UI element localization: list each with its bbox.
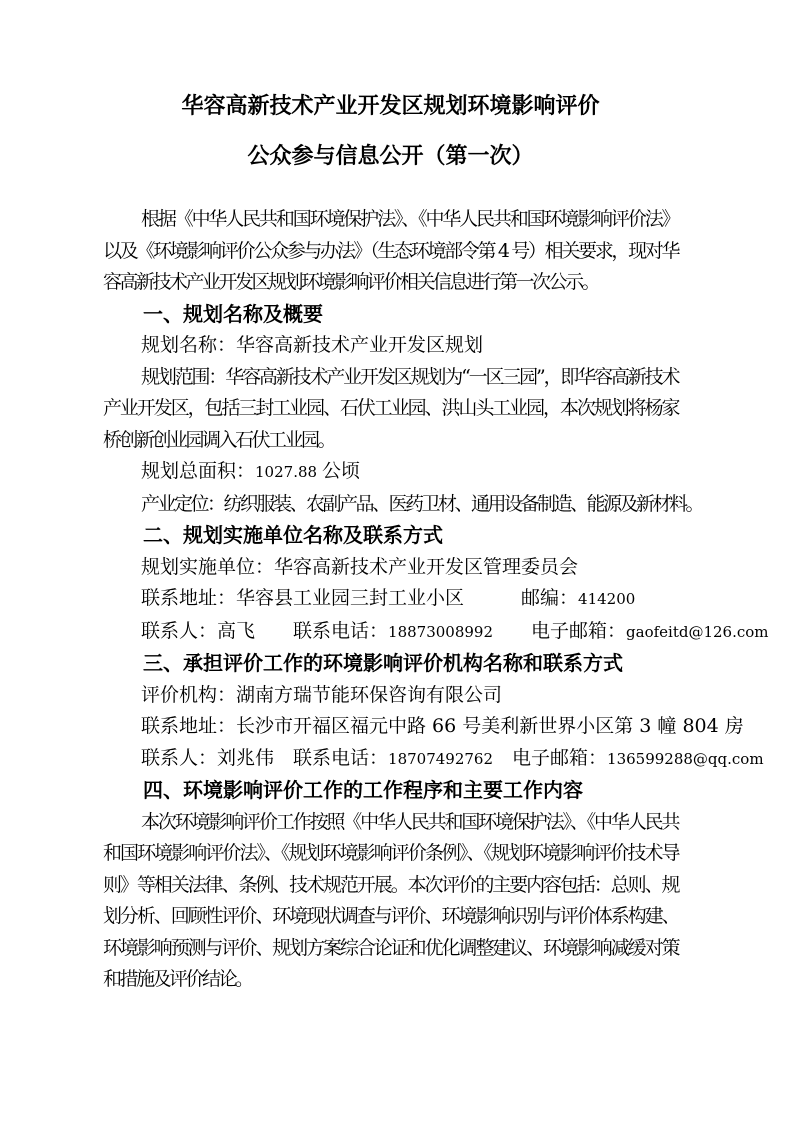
unit-address-line: 联系地址：华容县工业园三封工业小区邮编：414200	[103, 583, 678, 616]
total-area-unit: 公顷	[317, 460, 360, 482]
section-4-heading: 四、环境影响评价工作的工作程序和主要工作内容	[103, 775, 678, 807]
unit-address: 联系地址：华容县工业园三封工业小区	[141, 587, 464, 609]
unit-email-label: 电子邮箱：	[493, 620, 626, 642]
total-area-line: 规划总面积：1027.88公顷	[103, 456, 678, 489]
section-1-heading: 一、规划名称及概要	[103, 299, 678, 331]
agency-contact-person: 联系人：刘兆伟	[141, 747, 274, 769]
total-area-value: 1027.88	[255, 463, 317, 481]
unit-phone-value: 18873008992	[388, 623, 493, 641]
agency-address-line: 联系地址：长沙市开福区福元中路 66 号美利新世界小区第 3 幢 804 房	[103, 711, 678, 743]
unit-contact-person: 联系人：高飞	[141, 620, 255, 642]
document-title-line-1: 华容高新技术产业开发区规划环境影响评价	[103, 81, 678, 131]
agency-email-value: 136599288@qq.com	[607, 750, 764, 768]
unit-email-value: gaofeitd@126.com	[626, 623, 769, 641]
zip-value: 414200	[578, 590, 635, 608]
unit-phone-label: 联系电话：	[255, 620, 388, 642]
unit-contact-line: 联系人：高飞联系电话：18873008992电子邮箱：gaofeitd@126.…	[103, 616, 678, 649]
plan-scope-paragraph: 规划范围：华容高新技术产业开发区规划为“一区三园”，即华容高新技术产业开发区，包…	[103, 362, 678, 457]
implementing-unit-line: 规划实施单位：华容高新技术产业开发区管理委员会	[103, 552, 678, 584]
procedure-paragraph: 本次环境影响评价工作按照《中华人民共和国环境保护法》、《中华人民共和国环境影响评…	[103, 807, 678, 996]
section-3-heading: 三、承担评价工作的环境影响评价机构名称和联系方式	[103, 648, 678, 680]
plan-name-line: 规划名称：华容高新技术产业开发区规划	[103, 330, 678, 362]
section-2-heading: 二、规划实施单位名称及联系方式	[103, 520, 678, 552]
agency-phone-value: 18707492762	[388, 750, 493, 768]
agency-name-line: 评价机构：湖南方瑞节能环保咨询有限公司	[103, 680, 678, 712]
agency-contact-line: 联系人：刘兆伟联系电话：18707492762电子邮箱：136599288@qq…	[103, 743, 678, 776]
intro-paragraph: 根据《中华人民共和国环境保护法》、《中华人民共和国环境影响评价法》以及《环境影响…	[103, 204, 678, 299]
zip-label: 邮编：	[464, 587, 578, 609]
agency-email-label: 电子邮箱：	[493, 747, 607, 769]
document-body: 根据《中华人民共和国环境保护法》、《中华人民共和国环境影响评价法》以及《环境影响…	[103, 204, 678, 996]
document-page: 华容高新技术产业开发区规划环境影响评价 公众参与信息公开（第一次） 根据《中华人…	[0, 0, 793, 1122]
document-title: 华容高新技术产业开发区规划环境影响评价 公众参与信息公开（第一次）	[103, 81, 678, 181]
total-area-label: 规划总面积：	[141, 460, 255, 482]
document-title-line-2: 公众参与信息公开（第一次）	[103, 131, 678, 181]
agency-phone-label: 联系电话：	[274, 747, 388, 769]
industry-position-line: 产业定位：纺织服装、农副产品、医药卫材、通用设备制造、能源及新材料。	[103, 489, 678, 521]
